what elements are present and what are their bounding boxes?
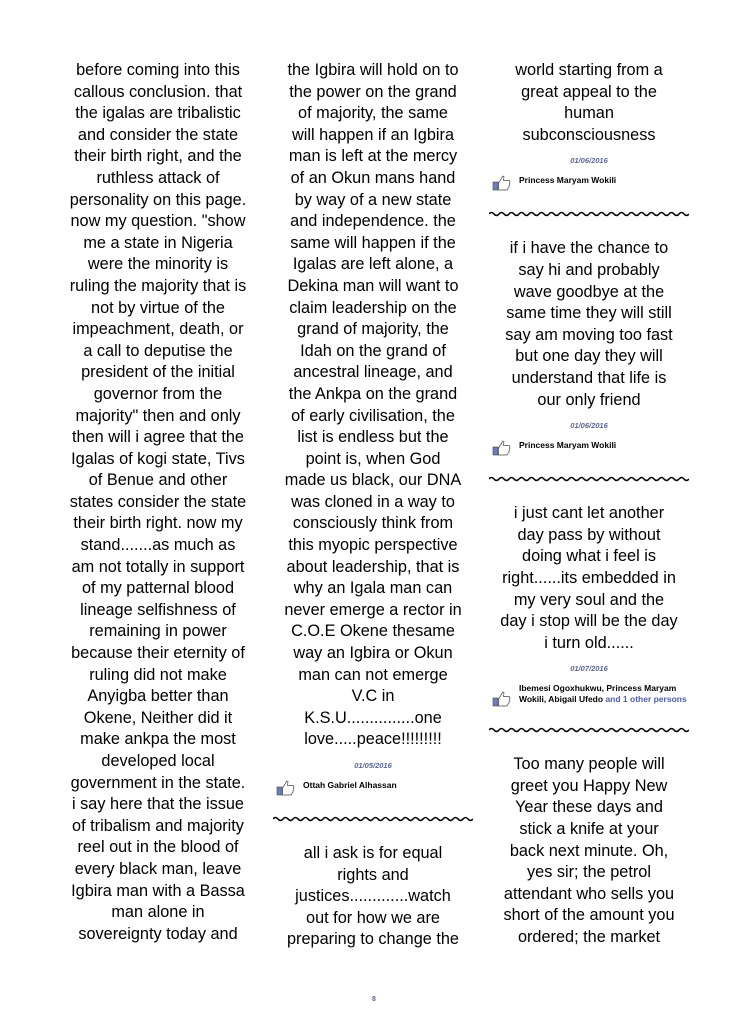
likes-row: Princess Maryam Wokili [492, 175, 689, 191]
thumbs-up-icon [492, 175, 512, 191]
likes-text: Ibemesi Ogoxhukwu, Princess Maryam Wokil… [519, 683, 689, 705]
likes-names: Princess Maryam Wokili [519, 440, 616, 451]
page-number: 8 [0, 996, 748, 1003]
likes-names: Ottah Gabriel Alhassan [303, 780, 397, 791]
wavy-divider [489, 725, 689, 735]
post-date: 01/07/2016 [489, 664, 689, 674]
post-date: 01/06/2016 [489, 156, 689, 166]
post-date: 01/06/2016 [489, 421, 689, 431]
post-text: before coming into this callous conclusi… [58, 60, 258, 945]
thumbs-up-icon [492, 440, 512, 456]
thumbs-up-icon [492, 691, 512, 707]
likes-names: Princess Maryam Wokili [519, 175, 616, 186]
thumbs-up-icon [276, 780, 296, 796]
likes-more-link[interactable]: and 1 other persons [605, 694, 686, 704]
post-text: the Igbira will hold on to the power on … [273, 60, 473, 751]
wavy-divider [273, 814, 473, 824]
column-3: world starting from a great appeal to th… [489, 60, 689, 949]
column-1: before coming into this callous conclusi… [58, 60, 258, 945]
column-2: the Igbira will hold on to the power on … [273, 60, 473, 951]
post-text: all i ask is for equal rights and justic… [273, 843, 473, 951]
post-text: world starting from a great appeal to th… [489, 60, 689, 146]
post-text: if i have the chance to say hi and proba… [489, 238, 689, 411]
likes-row: Princess Maryam Wokili [492, 440, 689, 456]
likes-row: Ottah Gabriel Alhassan [276, 780, 473, 796]
post-text: i just cant let another day pass by with… [489, 503, 689, 654]
wavy-divider [489, 209, 689, 219]
likes-row: Ibemesi Ogoxhukwu, Princess Maryam Wokil… [492, 683, 689, 707]
post-text: Too many people will greet you Happy New… [489, 754, 689, 948]
post-date: 01/05/2016 [273, 761, 473, 771]
wavy-divider [489, 474, 689, 484]
